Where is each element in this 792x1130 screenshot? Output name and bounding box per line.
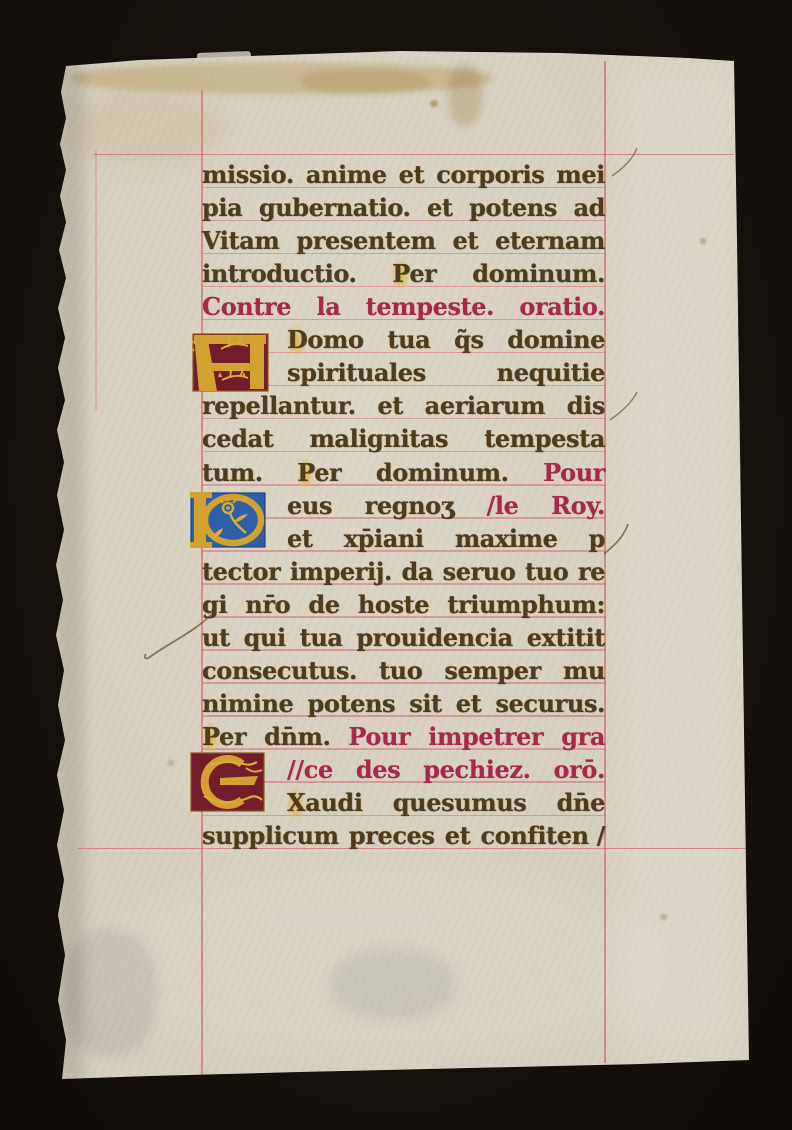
text-line-9: cedatmalignitastempesta — [202, 424, 605, 455]
text-line-1: missio.animeetcorporismei — [202, 160, 605, 191]
photo-background: missio.animeetcorporismeipiagubernatio.e… — [0, 0, 792, 1130]
text-line-10: tum.Perdominum.Pour — [202, 458, 605, 489]
fox-spot — [660, 914, 667, 920]
text-line-8: repellantur.etaeriarumdis — [202, 391, 605, 422]
text-line-17: niminepotenssitetsecurus. — [202, 689, 605, 720]
left-edge-shade — [56, 60, 84, 1080]
text-line-19: //cedespechiez.orō. — [287, 755, 605, 786]
text-line-6: Domotuaq̃sdomine — [287, 325, 605, 356]
right-sheen — [618, 60, 746, 1060]
manuscript-leaf: missio.animeetcorporismeipiagubernatio.e… — [0, 0, 792, 1130]
text-line-21: supplicumprecesetconfiten / — [202, 821, 605, 852]
ruled-line — [93, 154, 734, 156]
text-line-3: Vitampresentemeteternam — [202, 226, 605, 257]
text-line-18: Perdn̄m.Pourimpetrergra — [202, 722, 605, 753]
text-line-12: etxp̄ianimaximep — [287, 524, 605, 555]
text-line-20: Xaudiquesumusdn̄e — [287, 788, 605, 819]
text-line-4: introductio.Perdominum. — [202, 259, 605, 290]
corner-tint — [66, 92, 226, 164]
text-line-14: ginr̄odehostetriumphum: — [202, 590, 605, 621]
text-line-7: spiritualesnequitie — [287, 358, 605, 389]
stain-blotch — [448, 64, 482, 126]
text-line-16: consecutus.tuosempermu — [202, 656, 605, 687]
text-line-5: Contrelatempeste.oratio. — [202, 292, 605, 323]
text-line-2: piagubernatio.etpotensad — [202, 193, 605, 224]
text-line-13: tectorimperij.daseruotuore — [202, 557, 605, 588]
illuminated-initial-d — [190, 492, 266, 548]
bottom-light — [90, 870, 670, 1060]
text-line-11: eusregnoʒ/leRoy. — [287, 491, 605, 522]
fox-spot — [430, 100, 438, 107]
fox-spot — [700, 238, 706, 244]
ruled-line-vertical — [95, 150, 97, 410]
text-line-15: utquituaprouidenciaextitit — [202, 623, 605, 654]
show-through-center — [330, 948, 455, 1020]
illuminated-initial-a — [192, 333, 270, 393]
tape-residue-band — [72, 63, 492, 94]
fox-spot — [168, 760, 174, 766]
illuminated-initial-e — [190, 752, 265, 812]
tape-residue-band-2 — [300, 69, 430, 94]
show-through-left — [62, 930, 157, 1055]
